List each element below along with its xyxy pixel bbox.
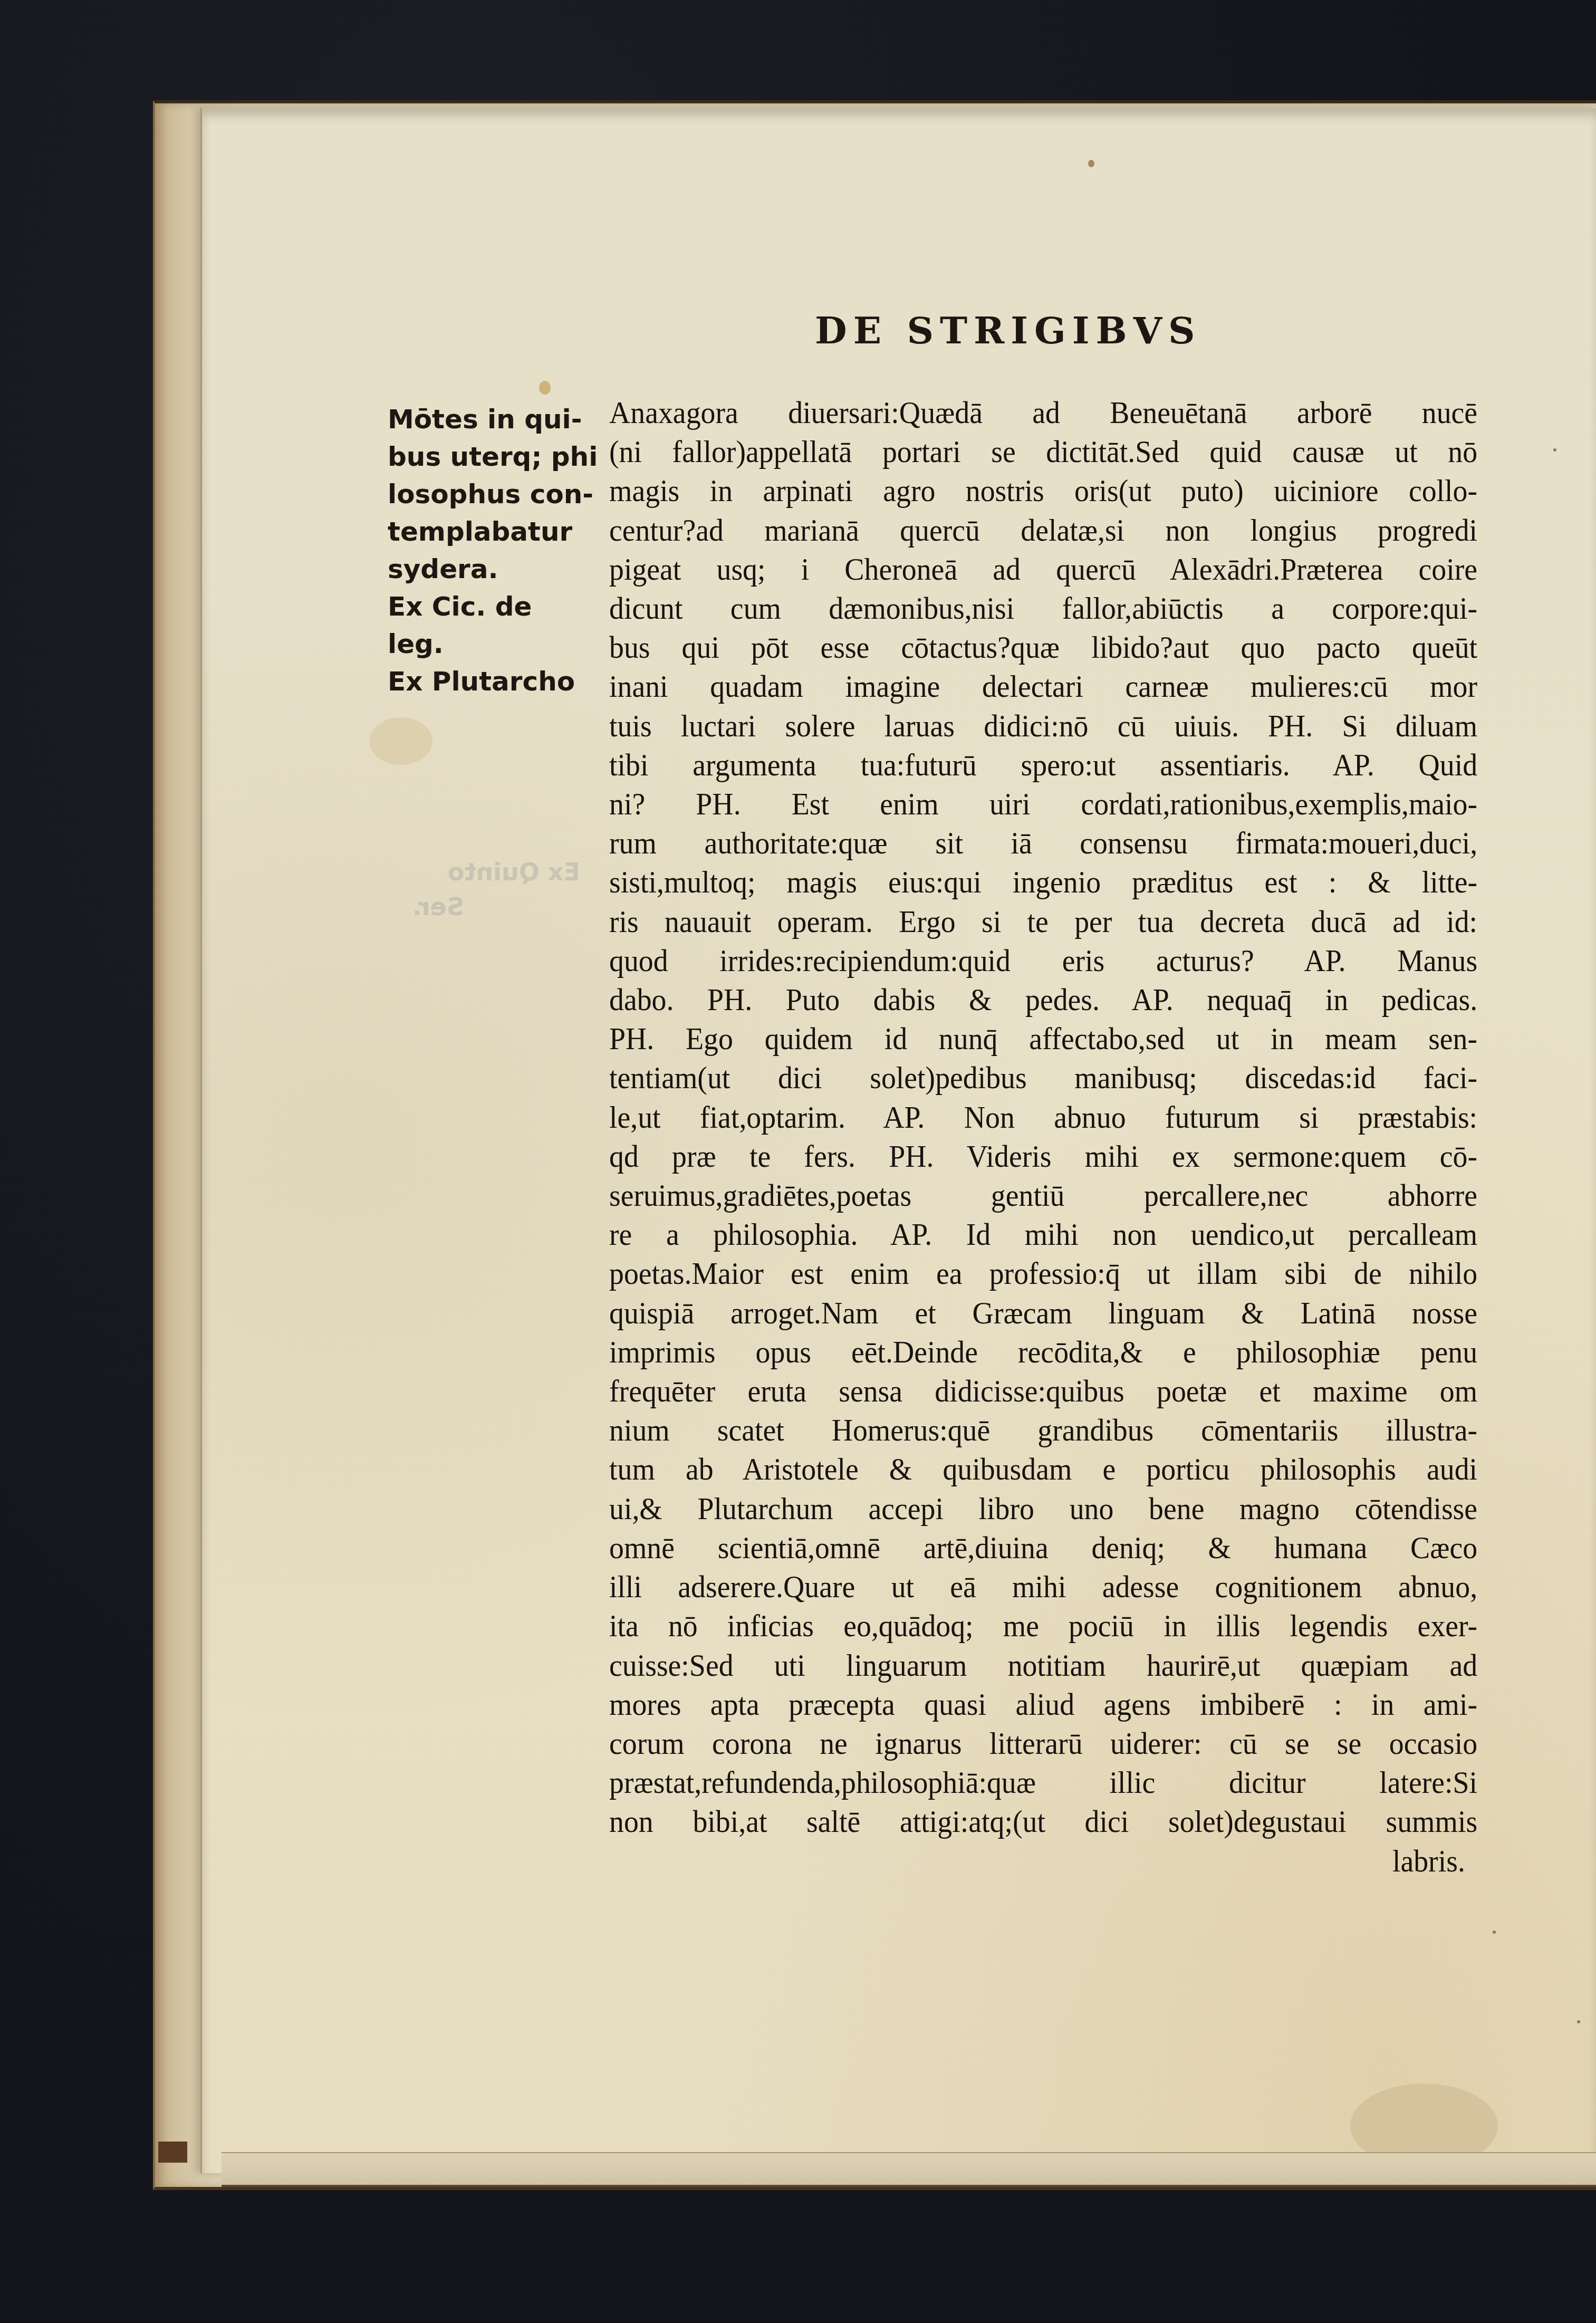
text-line: seruimus,gradiētes,poetas gentiū percall… bbox=[609, 1176, 1477, 1215]
text-line: ris nauauit operam. Ergo si te per tua d… bbox=[609, 902, 1477, 941]
page-bottom-fold bbox=[222, 2152, 1596, 2187]
text-line: sisti,multoq; magis eius:qui ingenio præ… bbox=[609, 862, 1477, 901]
text-line: PH. Ego quidem id nunq̄ affectabo,sed ut… bbox=[609, 1019, 1477, 1058]
bleed-through-line: Ser. bbox=[369, 889, 580, 924]
text-line: ui,& Plutarchum accepi libro uno bene ma… bbox=[609, 1489, 1477, 1528]
margin-note-citation: leg. bbox=[388, 626, 599, 663]
margin-note-line: bus uterq; phi bbox=[388, 438, 599, 476]
text-line: qd præ te fers. PH. Videris mihi ex serm… bbox=[609, 1137, 1477, 1176]
text-line: frequēter eruta sensa didicisse:quibus p… bbox=[609, 1371, 1477, 1410]
margin-note-line: losophus con- bbox=[388, 476, 599, 513]
margin-note-line: templabatur bbox=[388, 513, 599, 551]
running-head: DE STRIGIBVS bbox=[815, 309, 1201, 352]
speck bbox=[1577, 2020, 1580, 2023]
text-line: nium scatet Homerus:quē grandibus cōment… bbox=[609, 1410, 1477, 1450]
text-line: præstat,refundenda,philosophiā:quæ illic… bbox=[609, 1763, 1477, 1802]
text-line: pigeat usq; i Cheroneā ad quercū Alexādr… bbox=[609, 550, 1477, 589]
text-line: re a philosophia. AP. Id mihi non uendic… bbox=[609, 1215, 1477, 1254]
text-line: tentiam(ut dici solet)pedibus manibusq; … bbox=[609, 1058, 1477, 1097]
foxing-stain-left bbox=[369, 717, 432, 765]
body-text-block: Anaxagora diuersari:Quædā ad Beneuētanā … bbox=[609, 393, 1414, 1880]
text-line: rum authoritate:quæ sit iā consensu firm… bbox=[609, 823, 1477, 862]
text-line: quispiā arroget.Nam et Græcam linguam & … bbox=[609, 1293, 1477, 1332]
text-line: tum ab Aristotele & quibusdam e porticu … bbox=[609, 1450, 1477, 1489]
text-line: dabo. PH. Puto dabis & pedes. AP. nequaq… bbox=[609, 980, 1477, 1019]
margin-note-citation: Ex Cic. de bbox=[388, 588, 599, 626]
text-line: quod irrides:recipiendum:quid eris actur… bbox=[609, 941, 1477, 980]
binding-corner bbox=[158, 2142, 187, 2163]
text-line: inani quadam imagine delectari carneæ mu… bbox=[609, 667, 1477, 706]
text-line: dicunt cum dæmonibus,nisi fallor,abiūcti… bbox=[609, 589, 1477, 628]
text-line: bus qui pōt esse cōtactus?quæ libido?aut… bbox=[609, 628, 1477, 667]
text-line: ita nō inficias eo,quādoq; me pociū in i… bbox=[609, 1606, 1477, 1645]
margin-note-citation: Ex Plutarcho bbox=[388, 663, 599, 700]
text-line-final: labris. bbox=[609, 1841, 1477, 1880]
text-line: ni? PH. Est enim uiri cordati,rationibus… bbox=[609, 784, 1477, 823]
margin-note-line: Mōtes in qui- bbox=[388, 401, 599, 438]
text-line: poetas.Maior est enim ea professio:q̄ ut… bbox=[609, 1254, 1477, 1293]
text-line: imprimis opus eēt.Deinde recōdita,& e ph… bbox=[609, 1332, 1477, 1371]
text-line: omnē scientiā,omnē artē,diuina deniq; & … bbox=[609, 1528, 1477, 1567]
ink-stain-header bbox=[1088, 160, 1094, 167]
text-line: cuisse:Sed uti linguarum notitiam haurir… bbox=[609, 1646, 1477, 1685]
text-line: (ni fallor)appellatā portari se dictitāt… bbox=[609, 432, 1477, 471]
bleed-through-text: Ex Quinto Ser. bbox=[369, 855, 580, 924]
text-line: Anaxagora diuersari:Quædā ad Beneuētanā … bbox=[609, 393, 1477, 432]
text-line: magis in arpinati agro nostris oris(ut p… bbox=[609, 471, 1477, 510]
text-line: tuis luctari solere laruas didici:nō cū … bbox=[609, 706, 1477, 745]
text-line: corum corona ne ignarus litterarū uidere… bbox=[609, 1724, 1477, 1763]
speck bbox=[1493, 1931, 1496, 1934]
text-line: mores apta præcepta quasi aliud agens im… bbox=[609, 1685, 1477, 1724]
text-line: centur?ad marianā quercū delatæ,si non l… bbox=[609, 511, 1477, 550]
text-line: illi adserere.Quare ut eā mihi adesse co… bbox=[609, 1567, 1477, 1606]
text-line: tibi argumenta tua:futurū spero:ut assen… bbox=[609, 745, 1477, 784]
text-line: le,ut fiat,optarim. AP. Non abnuo futuru… bbox=[609, 1098, 1477, 1137]
margin-note-line: sydera. bbox=[388, 551, 599, 588]
text-line: non bibi,at saltē attigi:atq;(ut dici so… bbox=[609, 1802, 1477, 1841]
margin-notes: Mōtes in qui- bus uterq; phi losophus co… bbox=[388, 401, 599, 700]
bleed-through-line: Ex Quinto bbox=[369, 855, 580, 889]
speck bbox=[1553, 448, 1556, 452]
ink-stain-top-margin bbox=[539, 381, 551, 395]
